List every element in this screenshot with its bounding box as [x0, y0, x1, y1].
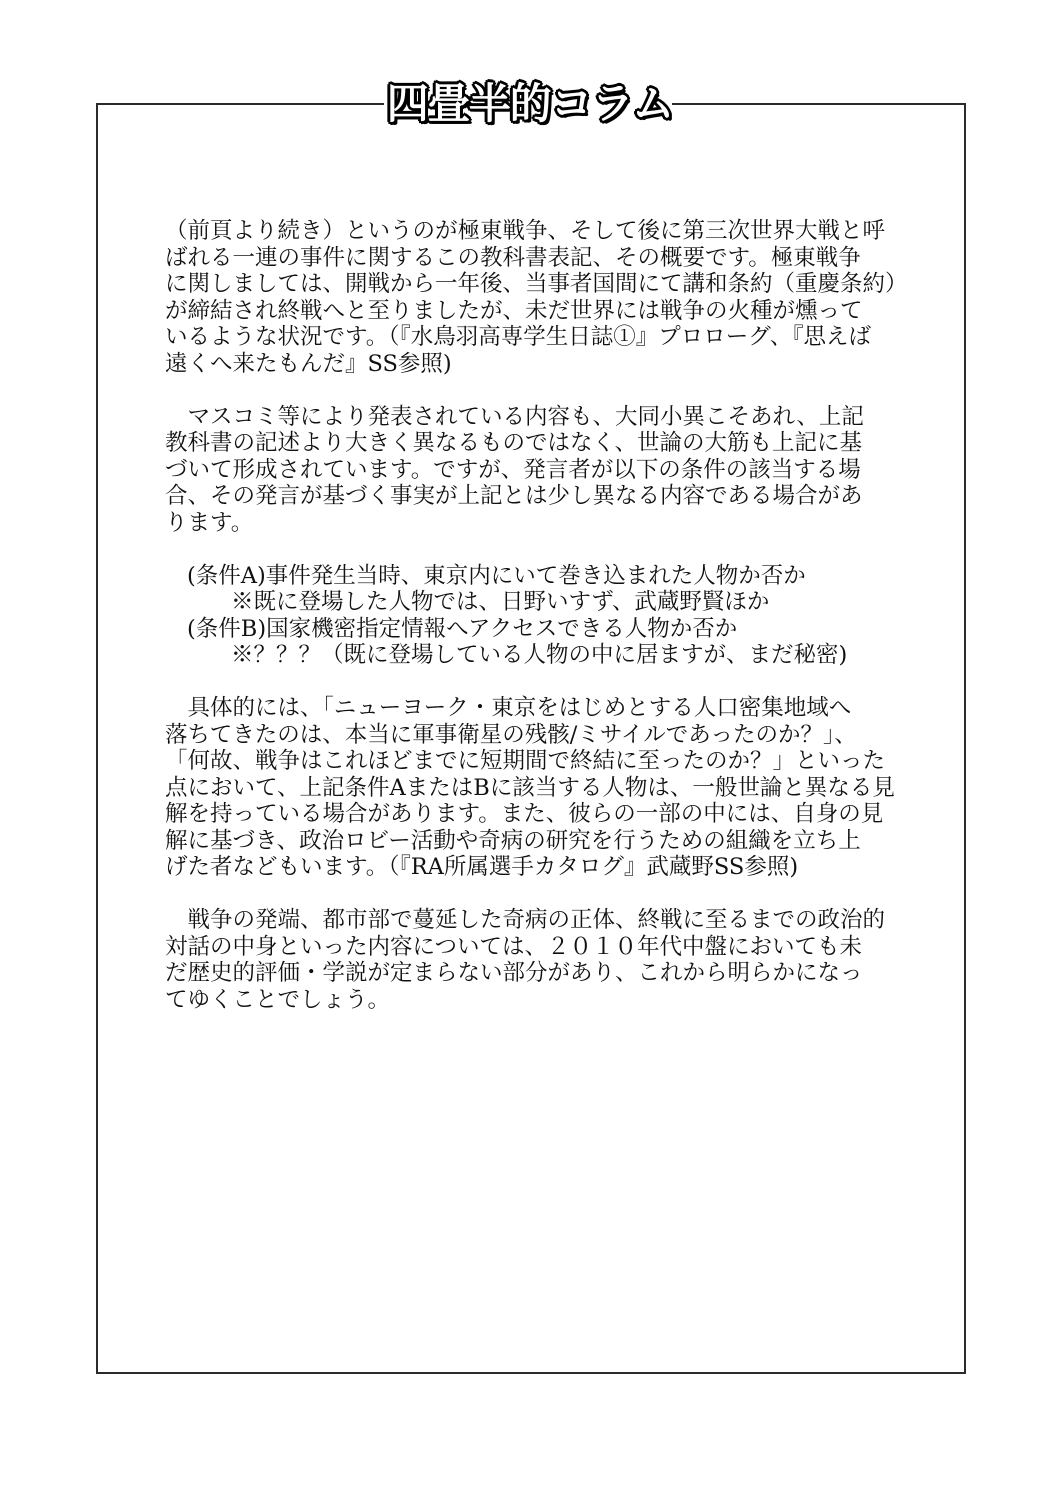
condition-b-label: (条件B)国家機密指定情報へアクセスできる人物か否か: [165, 616, 905, 643]
text-line: （前頁より続き）というのが極東戦争、そして後に第三次世界大戦と呼: [165, 218, 905, 245]
text-line: ばれる一連の事件に関するこの教科書表記、その概要です。極東戦争: [165, 245, 905, 272]
paragraph-media: マスコミ等により発表されている内容も、大同小異こそあれ、上記 教科書の記述より大…: [165, 404, 905, 537]
text-line: 具体的には、「ニューヨーク・東京をはじめとする人口密集地域へ: [165, 695, 905, 722]
text-line: だ歴史的評価・学説が定まらない部分があり、これから明らかになっ: [165, 960, 905, 987]
text-line: 戦争の発端、都市部で蔓延した奇病の正体、終戦に至るまでの政治的: [165, 907, 905, 934]
frame-border-top-left: [96, 103, 384, 105]
column-title: 四畳半的コラム: [387, 83, 674, 125]
condition-b-note: ※？？？（既に登場している人物の中に居ますが、まだ秘密): [165, 642, 905, 669]
column-body: （前頁より続き）というのが極東戦争、そして後に第三次世界大戦と呼 ばれる一連の事…: [165, 218, 905, 1040]
text-line: づいて形成されています。ですが、発言者が以下の条件の該当する場: [165, 457, 905, 484]
text-line: が締結され終戦へと至りましたが、未だ世界には戦争の火種が燻って: [165, 298, 905, 325]
column-title-banner: 四畳半的コラム: [400, 78, 660, 130]
paragraph-specifics: 具体的には、「ニューヨーク・東京をはじめとする人口密集地域へ 落ちてきたのは、本…: [165, 695, 905, 881]
text-line: 落ちてきたのは、本当に軍事衛星の残骸/ミサイルであったのか？」、: [165, 722, 905, 749]
text-line: 「何故、戦争はこれほどまでに短期間で終結に至ったのか？」といった: [165, 748, 905, 775]
text-line: マスコミ等により発表されている内容も、大同小異こそあれ、上記: [165, 404, 905, 431]
text-line: いるような状況です。（『水鳥羽高専学生日誌①』プロローグ、『思えば: [165, 324, 905, 351]
text-line: 解を持っている場合があります。また、彼らの一部の中には、自身の見: [165, 801, 905, 828]
text-line: てゆくことでしょう。: [165, 987, 905, 1014]
frame-border-top-right: [672, 103, 966, 105]
text-line: に関しましては、開戦から一年後、当事者国間にて講和条約（重慶条約）: [165, 271, 905, 298]
frame-border-bottom: [96, 1372, 966, 1374]
frame-border-right: [964, 103, 966, 1374]
text-line: 対話の中身といった内容については、２０１０年代中盤においても未: [165, 934, 905, 961]
text-line: 遠くへ来たもんだ』SS参照): [165, 351, 905, 378]
text-line: げた者などもいます。（『RA所属選手カタログ』武蔵野SS参照): [165, 854, 905, 881]
paragraph-conclusion: 戦争の発端、都市部で蔓延した奇病の正体、終戦に至るまでの政治的 対話の中身といっ…: [165, 907, 905, 1013]
text-line: 点において、上記条件AまたはBに該当する人物は、一般世論と異なる見: [165, 775, 905, 802]
condition-a-note: ※既に登場した人物では、日野いすず、武蔵野賢ほか: [165, 589, 905, 616]
frame-border-left: [96, 103, 98, 1374]
text-line: ります。: [165, 510, 905, 537]
text-line: 解に基づき、政治ロビー活動や奇病の研究を行うための組織を立ち上: [165, 828, 905, 855]
text-line: 合、その発言が基づく事実が上記とは少し異なる内容である場合があ: [165, 483, 905, 510]
condition-a-label: (条件A)事件発生当時、東京内にいて巻き込まれた人物か否か: [165, 563, 905, 590]
conditions-list: (条件A)事件発生当時、東京内にいて巻き込まれた人物か否か ※既に登場した人物で…: [165, 563, 905, 669]
paragraph-intro: （前頁より続き）というのが極東戦争、そして後に第三次世界大戦と呼 ばれる一連の事…: [165, 218, 905, 377]
text-line: 教科書の記述より大きく異なるものではなく、世論の大筋も上記に基: [165, 430, 905, 457]
